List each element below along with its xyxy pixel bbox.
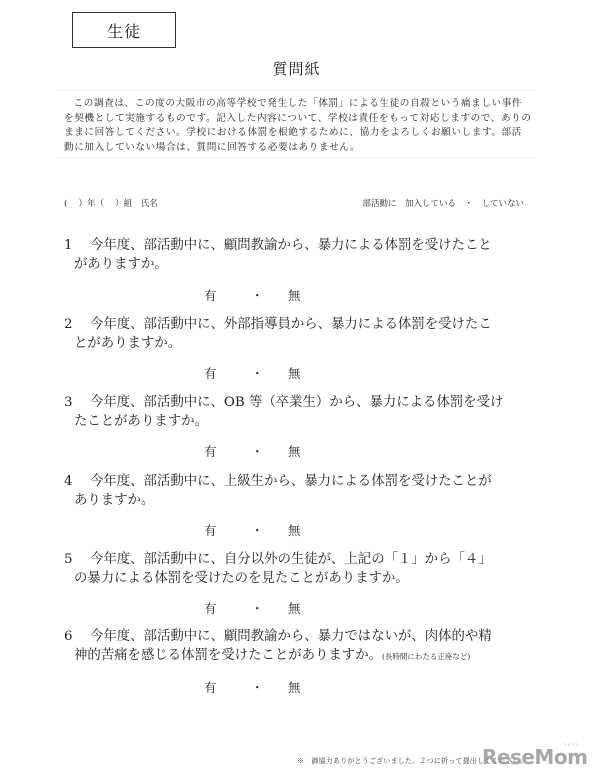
intro-paragraph: この調査は、この度の大阪市の高等学校で発生した「体罰」による生徒の自殺という痛ま… xyxy=(58,90,536,158)
question-text-line2-content: 神的苦痛を感じる体罰を受けたことがありますか。 xyxy=(74,648,382,663)
answer-yes[interactable]: 有 xyxy=(204,678,217,696)
answer-no[interactable]: 無 xyxy=(288,442,301,460)
question-text-line2: がありますか。 xyxy=(64,255,534,274)
answer-separator: ・ xyxy=(251,678,264,696)
question-number: 4 xyxy=(64,472,90,491)
question-text-line2: とがありますか。 xyxy=(64,334,534,353)
question-text-line2: たことがありますか。 xyxy=(64,412,534,431)
answer-yes[interactable]: 有 xyxy=(204,599,217,617)
question-text-line2: 神的苦痛を感じる体罰を受けたことがありますか。(長時間にわたる正座など) xyxy=(64,646,534,666)
question-number: 6 xyxy=(64,627,90,646)
answer-choice-1[interactable]: 有 ・ 無 xyxy=(200,286,310,304)
answer-no[interactable]: 無 xyxy=(288,678,301,696)
question-number: 5 xyxy=(64,550,90,569)
question-text-line2-content: の暴力による体罰を受けたのを見たことがありますか。 xyxy=(74,571,409,586)
question-2: 2 今年度、部活動中に、外部指導員から、暴力による体罰を受けたこ とがありますか… xyxy=(64,315,534,353)
answer-choice-2[interactable]: 有 ・ 無 xyxy=(200,364,310,382)
answer-separator: ・ xyxy=(251,599,264,617)
answer-yes[interactable]: 有 xyxy=(204,521,217,539)
answer-yes[interactable]: 有 xyxy=(204,286,217,304)
answer-separator: ・ xyxy=(251,521,264,539)
answer-separator: ・ xyxy=(251,364,264,382)
answer-choice-5[interactable]: 有 ・ 無 xyxy=(200,599,310,617)
question-1: 1 今年度、部活動中に、顧問教諭から、暴力による体罰を受けたこと がありますか。 xyxy=(64,236,534,274)
student-label: 生徒 xyxy=(107,19,141,42)
answer-choice-4[interactable]: 有 ・ 無 xyxy=(200,521,310,539)
answer-no[interactable]: 無 xyxy=(288,521,301,539)
answer-choice-6[interactable]: 有 ・ 無 xyxy=(200,678,310,696)
question-number: 3 xyxy=(64,393,90,412)
question-text-line2-content: がありますか。 xyxy=(74,257,168,272)
question-number: 1 xyxy=(64,236,90,255)
question-5: 5 今年度、部活動中に、自分以外の生徒が、上記の「１」から「４」 の暴力による体… xyxy=(64,550,534,588)
question-text-line1: 今年度、部活動中に、自分以外の生徒が、上記の「１」から「４」 xyxy=(90,550,492,569)
answer-no[interactable]: 無 xyxy=(288,286,301,304)
resemom-logo-subtext: リセマム xyxy=(563,742,579,748)
question-6: 6 今年度、部活動中に、顧問教諭から、暴力ではないが、肉体的や精 神的苦痛を感じ… xyxy=(64,627,534,666)
question-text-line2-content: ありますか。 xyxy=(74,493,154,508)
answer-separator: ・ xyxy=(251,286,264,304)
page-title: 質問紙 xyxy=(0,58,593,79)
question-number: 2 xyxy=(64,315,90,334)
answer-yes[interactable]: 有 xyxy=(204,442,217,460)
question-text-line2-content: たことがありますか。 xyxy=(74,414,208,429)
class-name-field[interactable]: ( ）年（ ）組 氏名 xyxy=(64,197,158,209)
student-label-box: 生徒 xyxy=(72,12,176,48)
question-text-line2-content: とがありますか。 xyxy=(74,336,181,351)
answer-no[interactable]: 無 xyxy=(288,364,301,382)
question-text-line1: 今年度、部活動中に、外部指導員から、暴力による体罰を受けたこ xyxy=(90,315,492,334)
question-note: (長時間にわたる正座など) xyxy=(382,652,470,661)
question-3: 3 今年度、部活動中に、OB 等（卒業生）から、暴力による体罰を受け たことがあ… xyxy=(64,393,534,431)
answer-separator: ・ xyxy=(251,442,264,460)
question-text-line1: 今年度、部活動中に、OB 等（卒業生）から、暴力による体罰を受け xyxy=(90,393,503,412)
question-text-line1: 今年度、部活動中に、上級生から、暴力による体罰を受けたことが xyxy=(90,472,492,491)
question-text-line1: 今年度、部活動中に、顧問教諭から、暴力ではないが、肉体的や精 xyxy=(90,627,492,646)
question-4: 4 今年度、部活動中に、上級生から、暴力による体罰を受けたことが ありますか。 xyxy=(64,472,534,510)
answer-no[interactable]: 無 xyxy=(288,599,301,617)
club-membership-choice[interactable]: 部活動に 加入している ・ していない xyxy=(362,197,524,209)
question-text-line2: の暴力による体罰を受けたのを見たことがありますか。 xyxy=(64,569,534,588)
answer-yes[interactable]: 有 xyxy=(204,364,217,382)
question-text-line1: 今年度、部活動中に、顧問教諭から、暴力による体罰を受けたこと xyxy=(90,236,492,255)
question-text-line2: ありますか。 xyxy=(64,491,534,510)
student-info-row: ( ）年（ ）組 氏名 部活動に 加入している ・ していない xyxy=(64,197,524,211)
answer-choice-3[interactable]: 有 ・ 無 xyxy=(200,442,310,460)
resemom-logo-watermark: ReseMom xyxy=(482,745,587,769)
